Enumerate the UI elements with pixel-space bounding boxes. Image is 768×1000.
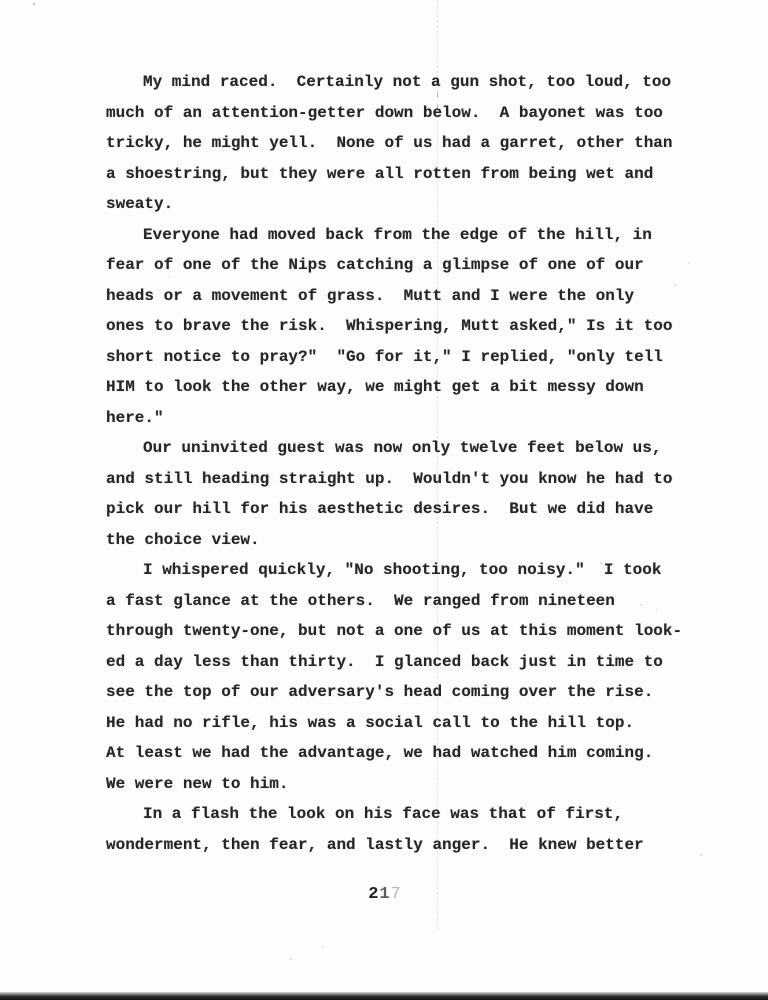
paragraph-4: I whispered quickly, "No shooting, too n… xyxy=(106,555,698,799)
scanner-edge-artifact xyxy=(0,992,768,1000)
paragraph-3: Our uninvited guest was now only twelve … xyxy=(106,433,698,555)
typewritten-text-block: My mind raced. Certainly not a gun shot,… xyxy=(106,67,698,860)
paragraph-2: Everyone had moved back from the edge of… xyxy=(106,220,698,434)
page-number-digit-2: 1 xyxy=(379,885,390,904)
paragraph-5: In a flash the look on his face was that… xyxy=(106,799,698,860)
page-number-digit-3: 7 xyxy=(391,885,402,904)
scanned-document-page: My mind raced. Certainly not a gun shot,… xyxy=(0,0,768,1000)
paragraph-1: My mind raced. Certainly not a gun shot,… xyxy=(106,67,698,220)
page-number: 217 xyxy=(330,884,440,906)
page-number-digit-1: 2 xyxy=(368,885,379,904)
scan-noise-specks xyxy=(0,0,2,2)
